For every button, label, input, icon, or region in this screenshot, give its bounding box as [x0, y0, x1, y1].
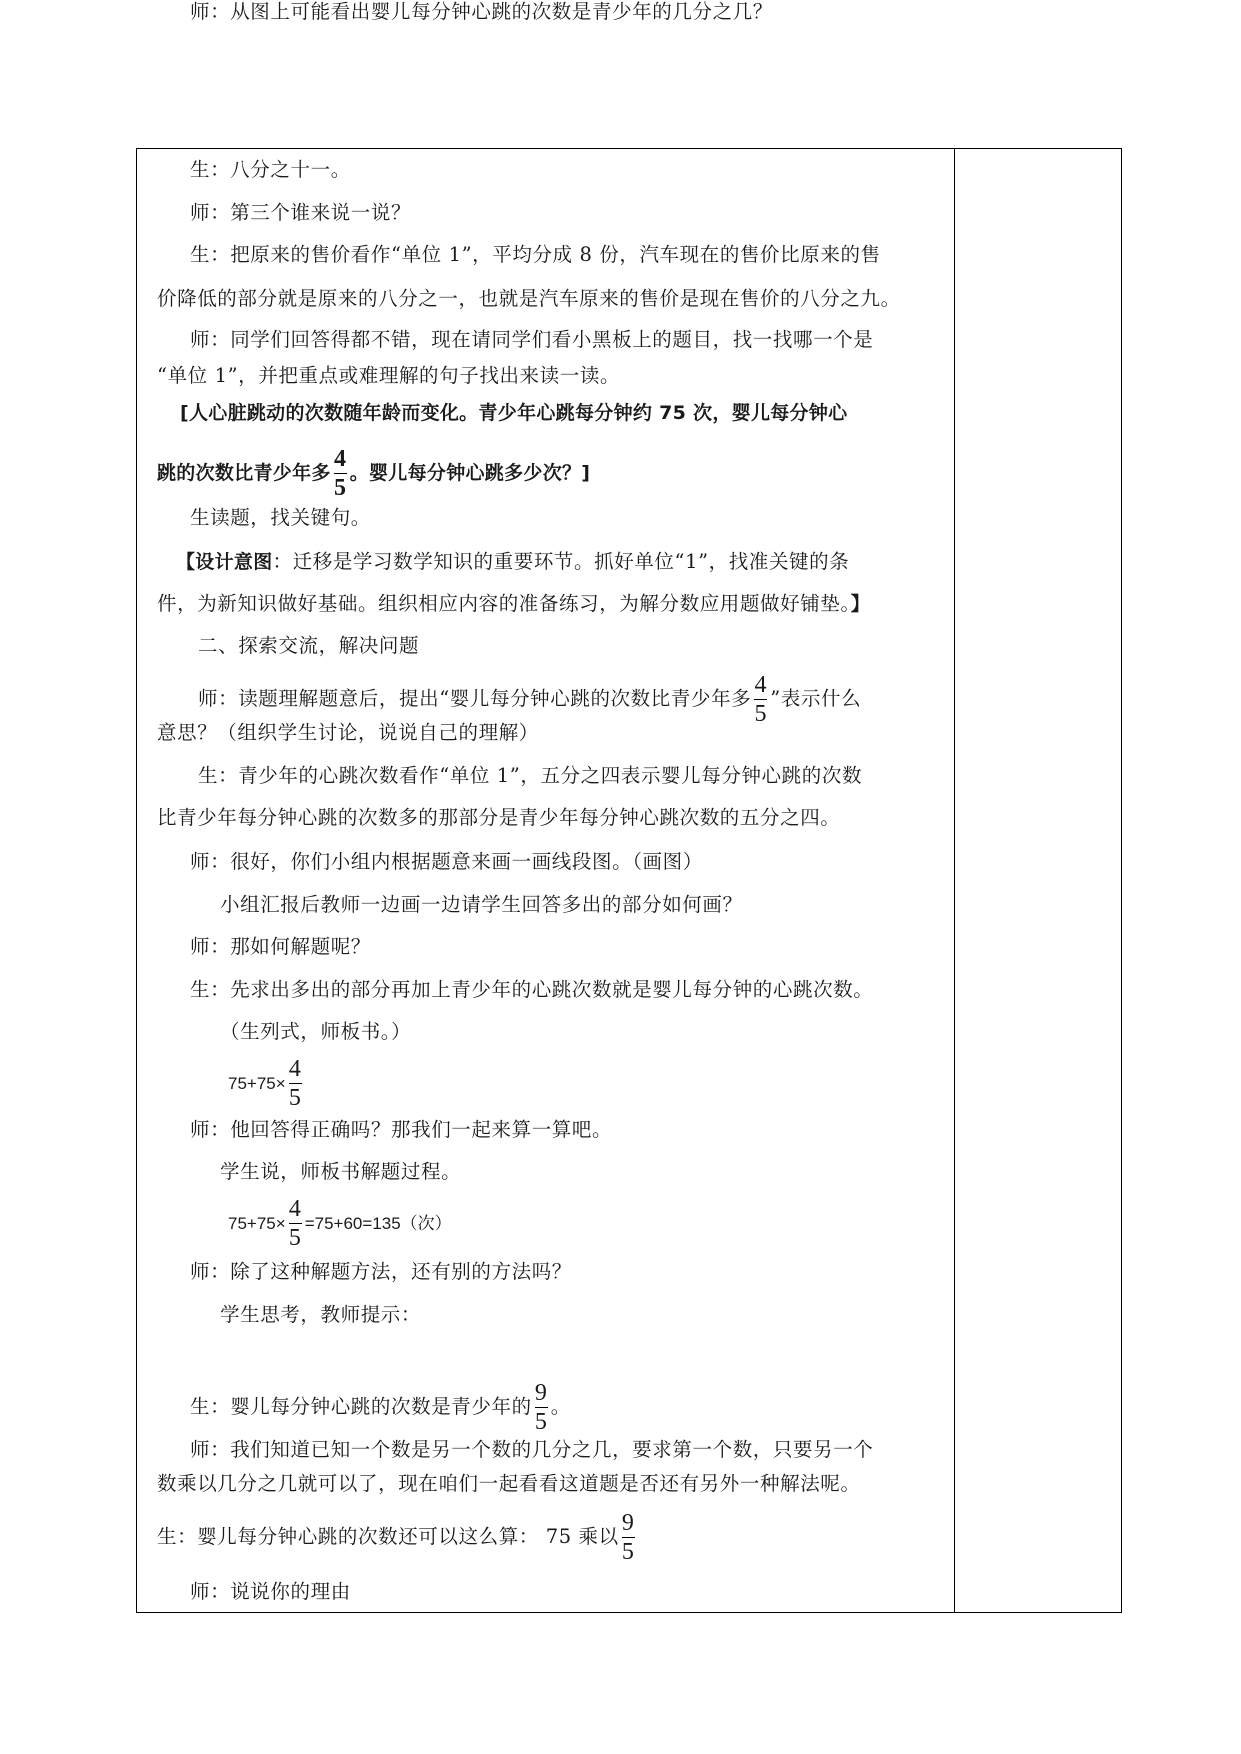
dialogue-line: 学生思考，教师提示： — [220, 1303, 421, 1327]
dialogue-line: 生：婴儿每分钟心跳的次数是青少年的95。 — [190, 1380, 571, 1435]
notes-cell — [955, 149, 1121, 1612]
dialogue-line: 师：很好，你们小组内根据题意来画一画线段图。（画图） — [190, 850, 703, 874]
equation-1: 75+75×45 — [228, 1056, 305, 1111]
dialogue-line: 师：他回答得正确吗？那我们一起来算一算吧。 — [190, 1118, 612, 1142]
equation-2: 75+75×45=75+60=135（次） — [228, 1196, 452, 1251]
problem-text: 。婴儿每分钟心跳多少次？] — [350, 462, 591, 484]
design-intent-label: 【设计意图 — [176, 551, 273, 573]
dialogue-line: 师：第三个谁来说一说？ — [190, 201, 411, 225]
dialogue-line: 比青少年每分钟心跳的次数多的那部分是青少年每分钟心跳次数的五分之四。 — [157, 806, 840, 830]
dialogue-line: “单位 1”，并把重点或难理解的句子找出来读一读。 — [157, 364, 620, 388]
problem-statement: [人心脏跳动的次数随年龄而变化。青少年心跳每分钟约 75 次，婴儿每分钟心 — [180, 401, 847, 425]
dialogue-line: 小组汇报后教师一边画一边请学生回答多出的部分如何画？ — [220, 893, 743, 917]
dialogue-line: 师：除了这种解题方法，还有别的方法吗？ — [190, 1260, 572, 1284]
design-intent-cont: 件，为新知识做好基础。组织相应内容的准备练习，为解分数应用题做好铺垫。】 — [157, 592, 870, 616]
dialogue-line: 生：把原来的售价看作“单位 1”，平均分成 8 份，汽车现在的售价比原来的售 — [190, 243, 881, 267]
dialogue-line: 师：从图上可能看出婴儿每分钟心跳的次数是青少年的几分之几？ — [190, 0, 773, 24]
dialogue-line: 师：我们知道已知一个数是另一个数的几分之几，要求第一个数，只要另一个 — [190, 1438, 873, 1462]
dialogue-line: 意思？（组织学生讨论，说说自己的理解） — [157, 721, 539, 745]
dialogue-line: 师：说说你的理由 — [190, 1580, 351, 1604]
fraction-nine-fifths: 95 — [622, 1510, 635, 1565]
dialogue-line: 师：那如何解题呢？ — [190, 935, 371, 959]
dialogue-line: 生：先求出多出的部分再加上青少年的心跳次数就是婴儿每分钟的心跳次数。 — [190, 978, 873, 1002]
fraction-four-fifths: 45 — [754, 672, 767, 727]
dialogue-line: 生：青少年的心跳次数看作“单位 1”，五分之四表示婴儿每分钟心跳的次数 — [198, 764, 862, 788]
fraction-four-fifths: 45 — [289, 1196, 302, 1251]
dialogue-line: 生读题，找关键句。 — [190, 506, 371, 530]
fraction-nine-fifths: 95 — [535, 1380, 548, 1435]
fraction-four-fifths: 45 — [289, 1056, 302, 1111]
dialogue-line: 生：婴儿每分钟心跳的次数还可以这么算： 75 乘以95 — [157, 1510, 638, 1565]
dialogue-line: 师：同学们回答得都不错，现在请同学们看小黑板上的题目，找一找哪一个是 — [190, 328, 873, 352]
problem-statement-line2: 跳的次数比青少年多45。婴儿每分钟心跳多少次？] — [157, 446, 590, 501]
dialogue-line: 生：八分之十一。 — [190, 158, 351, 182]
section-heading: 二、探索交流，解决问题 — [198, 634, 419, 658]
dialogue-line: 学生说，师板书解题过程。 — [220, 1160, 461, 1184]
problem-text: 跳的次数比青少年多 — [157, 462, 331, 484]
dialogue-line: 价降低的部分就是原来的八分之一，也就是汽车原来的售价是现在售价的八分之九。 — [157, 287, 901, 311]
design-intent: 【设计意图：迁移是学习数学知识的重要环节。抓好单位“1”，找准关键的条 — [176, 550, 849, 574]
dialogue-line: （生列式，师板书。） — [220, 1020, 411, 1044]
dialogue-line: 数乘以几分之几就可以了，现在咱们一起看看这道题是否还有另外一种解法呢。 — [157, 1472, 861, 1496]
fraction-four-fifths: 45 — [334, 446, 347, 501]
dialogue-line: 师：读题理解题意后，提出“婴儿每分钟心跳的次数比青少年多45”表示什么 — [198, 672, 861, 727]
